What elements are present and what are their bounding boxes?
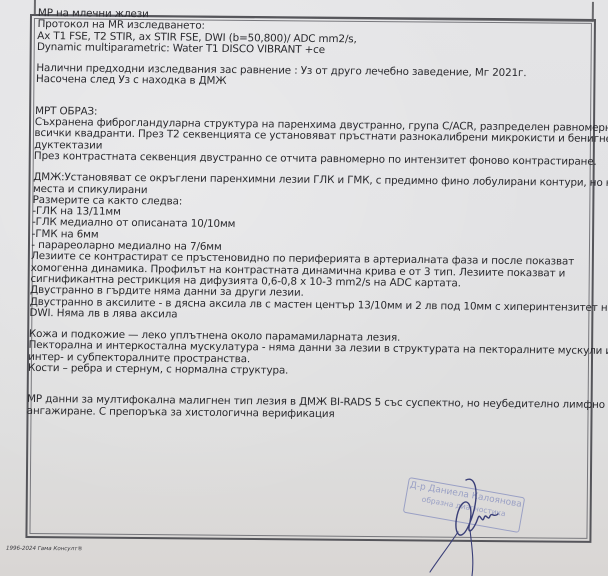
findings-section: МРТ ОБРАЗ: Съхранена фиброгландуларна ст… — [34, 106, 596, 168]
report-body: МР на млечни жлези Протокол на MR изслед… — [27, 8, 598, 423]
signature-icon — [418, 472, 518, 576]
exam-header: МР на млечни жлези Протокол на MR изслед… — [37, 8, 598, 59]
other-structures-section: Кожа и подкожие — леко уплътнена около п… — [28, 329, 589, 380]
right-breast-section: ДМЖ:Установяват се окръглени паренхимни … — [29, 172, 593, 325]
software-copyright: 1996-2024 Гама Консулт® — [6, 546, 83, 553]
